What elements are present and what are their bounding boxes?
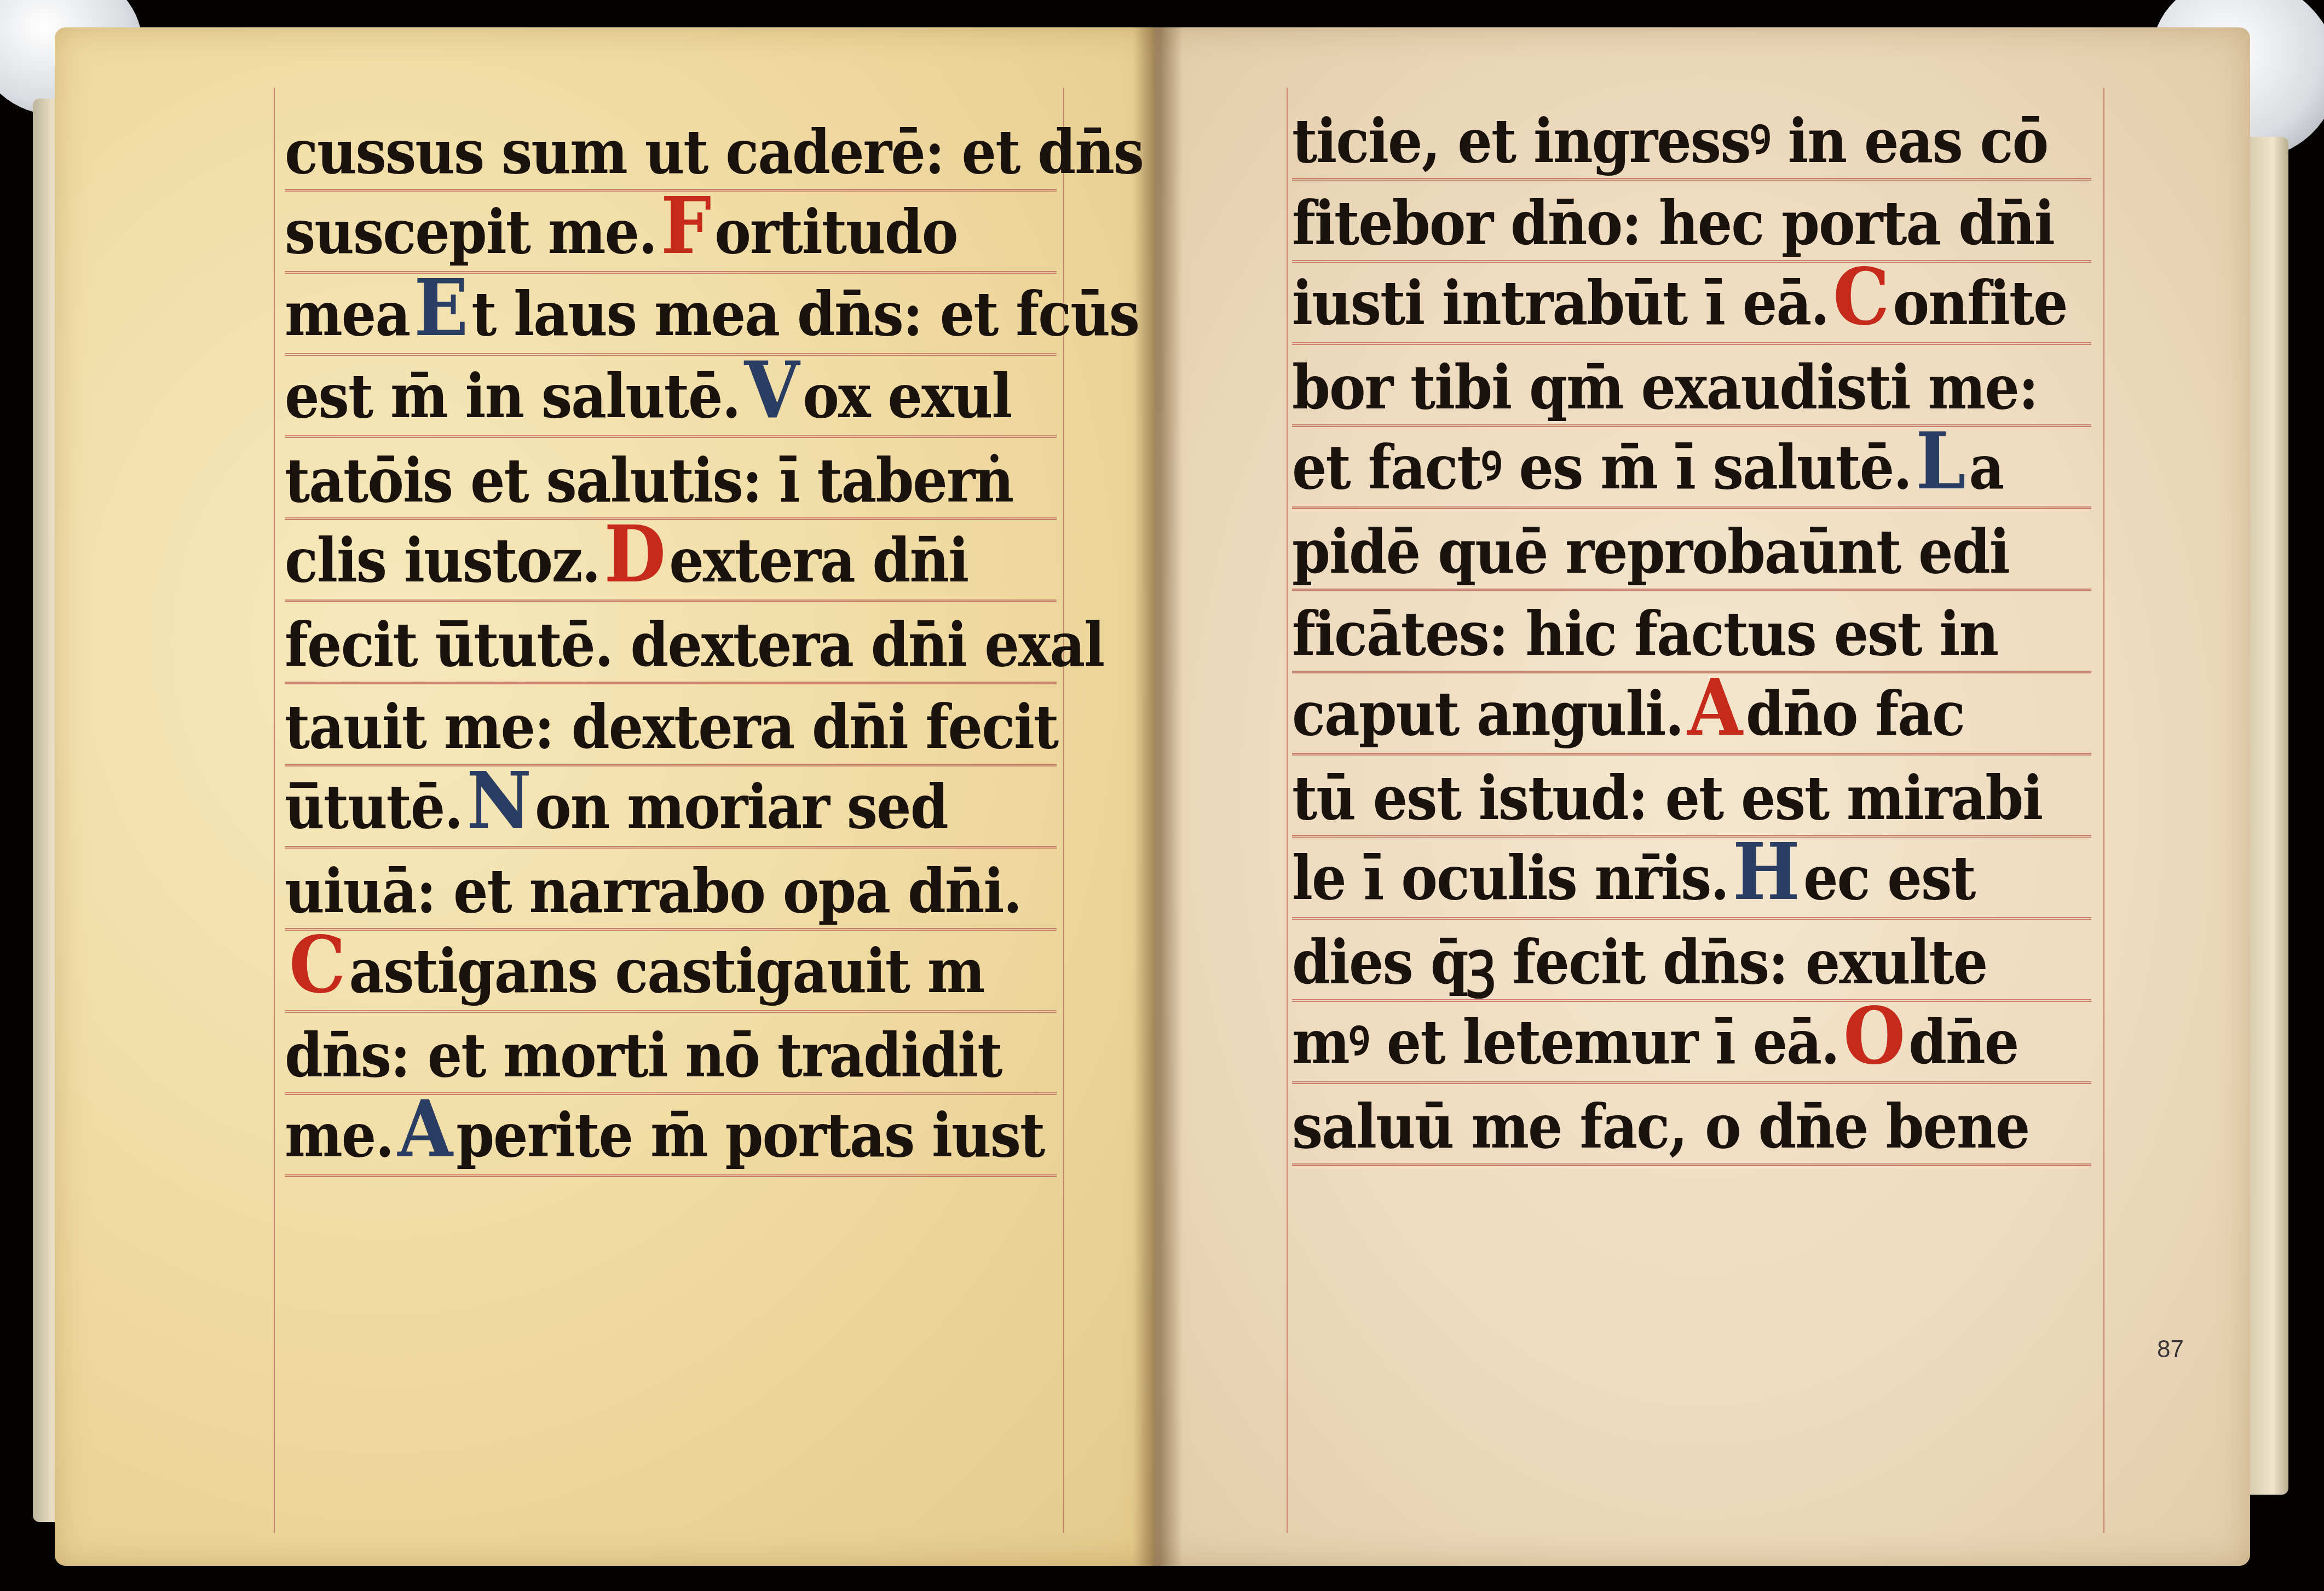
text-line: ticie, et ingressꝰ in eas cō	[1292, 99, 2091, 181]
line-text: tauit me: dextera dn̄i fecit	[285, 696, 1058, 757]
line-text: meaEt laus mea dn̄s: et fcūs	[285, 269, 1139, 347]
line-text-after-initial: a	[1969, 431, 2004, 503]
text-line: caput anguli.Adn̄o fac	[1292, 673, 2091, 756]
decorated-initial: D	[604, 508, 665, 599]
text-line: est m̄ in salutē.Vox exul	[285, 356, 1057, 438]
line-text-before-initial: uiuā: et narrabo opa dn̄i.	[285, 855, 1021, 926]
line-text-before-initial: me.	[285, 1099, 393, 1171]
line-text: est m̄ in salutē.Vox exul	[285, 351, 1011, 429]
line-text: ficātes: hic factus est in	[1292, 603, 1998, 664]
line-text: pidē quē reprobaūnt edi	[1292, 521, 2009, 581]
line-text: caput anguli.Adn̄o fac	[1292, 668, 1964, 747]
line-text-before-initial: tauit me: dextera dn̄i fecit	[285, 691, 1058, 762]
line-text-before-initial: ficātes: hic factus est in	[1292, 598, 1998, 669]
line-text-before-initial: est m̄ in salutē.	[285, 360, 740, 431]
line-text: u̅tutē.Non moriar sed	[285, 762, 948, 840]
line-text: fecit u̅tutē. dextera dn̄i exal	[285, 614, 1104, 675]
left-page: cussus sum ut caderē: et dn̄ssuscepit me…	[55, 27, 1155, 1566]
line-text-before-initial: tū est istud: et est mirabi	[1292, 762, 2042, 833]
line-text-after-initial: ec est	[1803, 842, 1975, 913]
decorated-initial: V	[744, 343, 798, 435]
folio-number: 87	[2157, 1336, 2184, 1363]
line-text-after-initial: t laus mea dn̄s: et fcūs	[471, 278, 1139, 349]
text-line: et factꝰ es m̄ ī salutē.La	[1292, 427, 2091, 509]
text-line: tauit me: dextera dn̄i fecit	[285, 684, 1057, 766]
line-text: fitebor dn̄o: hec porta dn̄i	[1292, 193, 2054, 253]
decorated-initial: A	[1687, 661, 1741, 753]
text-line: tatōis et salutis: ī taberṅ	[285, 438, 1057, 520]
right-text-block: ticie, et ingressꝰ in eas cōfitebor dn̄o…	[1292, 99, 2091, 1166]
decorated-initial: H	[1733, 825, 1799, 917]
decorated-initial: F	[661, 179, 710, 271]
line-text: me.Aperite m̄ portas iust	[285, 1090, 1044, 1168]
line-text-before-initial: saluū me fac, o dn̄e bene	[1292, 1091, 2029, 1162]
line-text: bor tibi qm̄ exaudisti me:	[1292, 357, 2038, 417]
line-text: dies q̄ꝫ fecit dn̄s: exulte	[1292, 932, 1987, 992]
line-text: uiuā: et narrabo opa dn̄i.	[285, 861, 1021, 921]
line-text: clis iustoz.Dextera dn̄i	[285, 515, 968, 593]
line-text-before-initial: le ī oculis nr̄is.	[1292, 842, 1728, 913]
decorated-initial: E	[414, 261, 467, 353]
line-text-after-initial: dn̄o fac	[1746, 678, 1964, 749]
line-text-after-initial: dn̄e	[1908, 1006, 2018, 1077]
line-text-before-initial: mꝰ et letemur ī eā.	[1292, 1006, 1839, 1077]
text-line: le ī oculis nr̄is.Hec est	[1292, 838, 2091, 920]
text-line: mꝰ et letemur ī eā.Odn̄e	[1292, 1002, 2091, 1084]
decorated-initial: A	[397, 1082, 452, 1174]
text-line: fitebor dn̄o: hec porta dn̄i	[1292, 181, 2091, 263]
text-line: Castigans castigauit m	[285, 931, 1057, 1013]
line-text: iusti intrabūt ī eā.Confite	[1292, 258, 2067, 336]
open-manuscript: cussus sum ut caderē: et dn̄ssuscepit me…	[33, 27, 2288, 1571]
line-text: ticie, et ingressꝰ in eas cō	[1292, 111, 2048, 171]
line-text-before-initial: mea	[285, 278, 410, 349]
gutter-fold	[1133, 27, 1183, 1566]
text-line: u̅tutē.Non moriar sed	[285, 766, 1057, 849]
line-text-before-initial: tatōis et salutis: ī taberṅ	[285, 445, 1013, 516]
text-line: tū est istud: et est mirabi	[1292, 756, 2091, 838]
line-text-before-initial: suscepit me.	[285, 196, 656, 267]
line-text-after-initial: ox exul	[803, 360, 1011, 431]
right-page-stack	[2250, 137, 2288, 1495]
line-text: suscepit me.Fortitudo	[285, 187, 957, 265]
text-line: me.Aperite m̄ portas iust	[285, 1095, 1057, 1177]
line-text-before-initial: et factꝰ es m̄ ī salutē.	[1292, 431, 1911, 503]
line-text-before-initial: u̅tutē.	[285, 771, 462, 842]
right-page: ticie, et ingressꝰ in eas cōfitebor dn̄o…	[1155, 27, 2250, 1566]
line-text-before-initial: iusti intrabūt ī eā.	[1292, 267, 1829, 338]
line-text-before-initial: pidē quē reprobaūnt edi	[1292, 516, 2009, 587]
line-text: cussus sum ut caderē: et dn̄s	[285, 122, 1143, 182]
decorated-initial: L	[1916, 414, 1964, 506]
line-text-before-initial: caput anguli.	[1292, 678, 1683, 749]
line-text: tū est istud: et est mirabi	[1292, 768, 2042, 828]
line-text-before-initial: dies q̄ꝫ fecit dn̄s: exulte	[1292, 926, 1987, 998]
line-text-before-initial: bor tibi qm̄ exaudisti me:	[1292, 351, 2038, 423]
text-line: clis iustoz.Dextera dn̄i	[285, 520, 1057, 602]
line-text: Castigans castigauit m	[285, 926, 984, 1004]
text-line: dies q̄ꝫ fecit dn̄s: exulte	[1292, 920, 2091, 1002]
text-line: uiuā: et narrabo opa dn̄i.	[285, 849, 1057, 931]
line-text-after-initial: ortitudo	[714, 196, 957, 267]
text-line: saluū me fac, o dn̄e bene	[1292, 1084, 2091, 1166]
line-text-before-initial: fitebor dn̄o: hec porta dn̄i	[1292, 187, 2054, 258]
line-text: saluū me fac, o dn̄e bene	[1292, 1096, 2029, 1156]
line-text-before-initial: fecit u̅tutē. dextera dn̄i exal	[285, 609, 1104, 680]
line-text-before-initial: clis iustoz.	[285, 524, 599, 596]
line-text-after-initial: perite m̄ portas iust	[456, 1099, 1044, 1171]
text-line: pidē quē reprobaūnt edi	[1292, 509, 2091, 591]
line-text-after-initial: extera dn̄i	[669, 524, 968, 596]
line-text-before-initial: cussus sum ut caderē: et dn̄s	[285, 116, 1143, 187]
decorated-initial: O	[1843, 989, 1904, 1081]
decorated-initial: C	[289, 918, 344, 1010]
line-text-after-initial: onfite	[1893, 267, 2067, 338]
line-text-after-initial: on moriar sed	[535, 771, 948, 842]
text-line: bor tibi qm̄ exaudisti me:	[1292, 345, 2091, 427]
decorated-initial: N	[466, 754, 530, 846]
line-text: dn̄s: et morti nō tradidit	[285, 1025, 1001, 1085]
line-text-after-initial: astigans castigauit m	[349, 935, 984, 1006]
left-text-block: cussus sum ut caderē: et dn̄ssuscepit me…	[285, 109, 1057, 1177]
text-line: fecit u̅tutē. dextera dn̄i exal	[285, 602, 1057, 684]
line-text: et factꝰ es m̄ ī salutē.La	[1292, 422, 2003, 500]
line-text-before-initial: ticie, et ingressꝰ in eas cō	[1292, 105, 2048, 176]
decorated-initial: C	[1833, 250, 1888, 342]
text-line: suscepit me.Fortitudo	[285, 192, 1057, 274]
line-text: mꝰ et letemur ī eā.Odn̄e	[1292, 997, 2018, 1075]
text-line: iusti intrabūt ī eā.Confite	[1292, 263, 2091, 345]
line-text-before-initial: dn̄s: et morti nō tradidit	[285, 1019, 1001, 1091]
line-text: le ī oculis nr̄is.Hec est	[1292, 833, 1975, 911]
text-line: meaEt laus mea dn̄s: et fcūs	[285, 274, 1057, 356]
line-text: tatōis et salutis: ī taberṅ	[285, 450, 1013, 510]
